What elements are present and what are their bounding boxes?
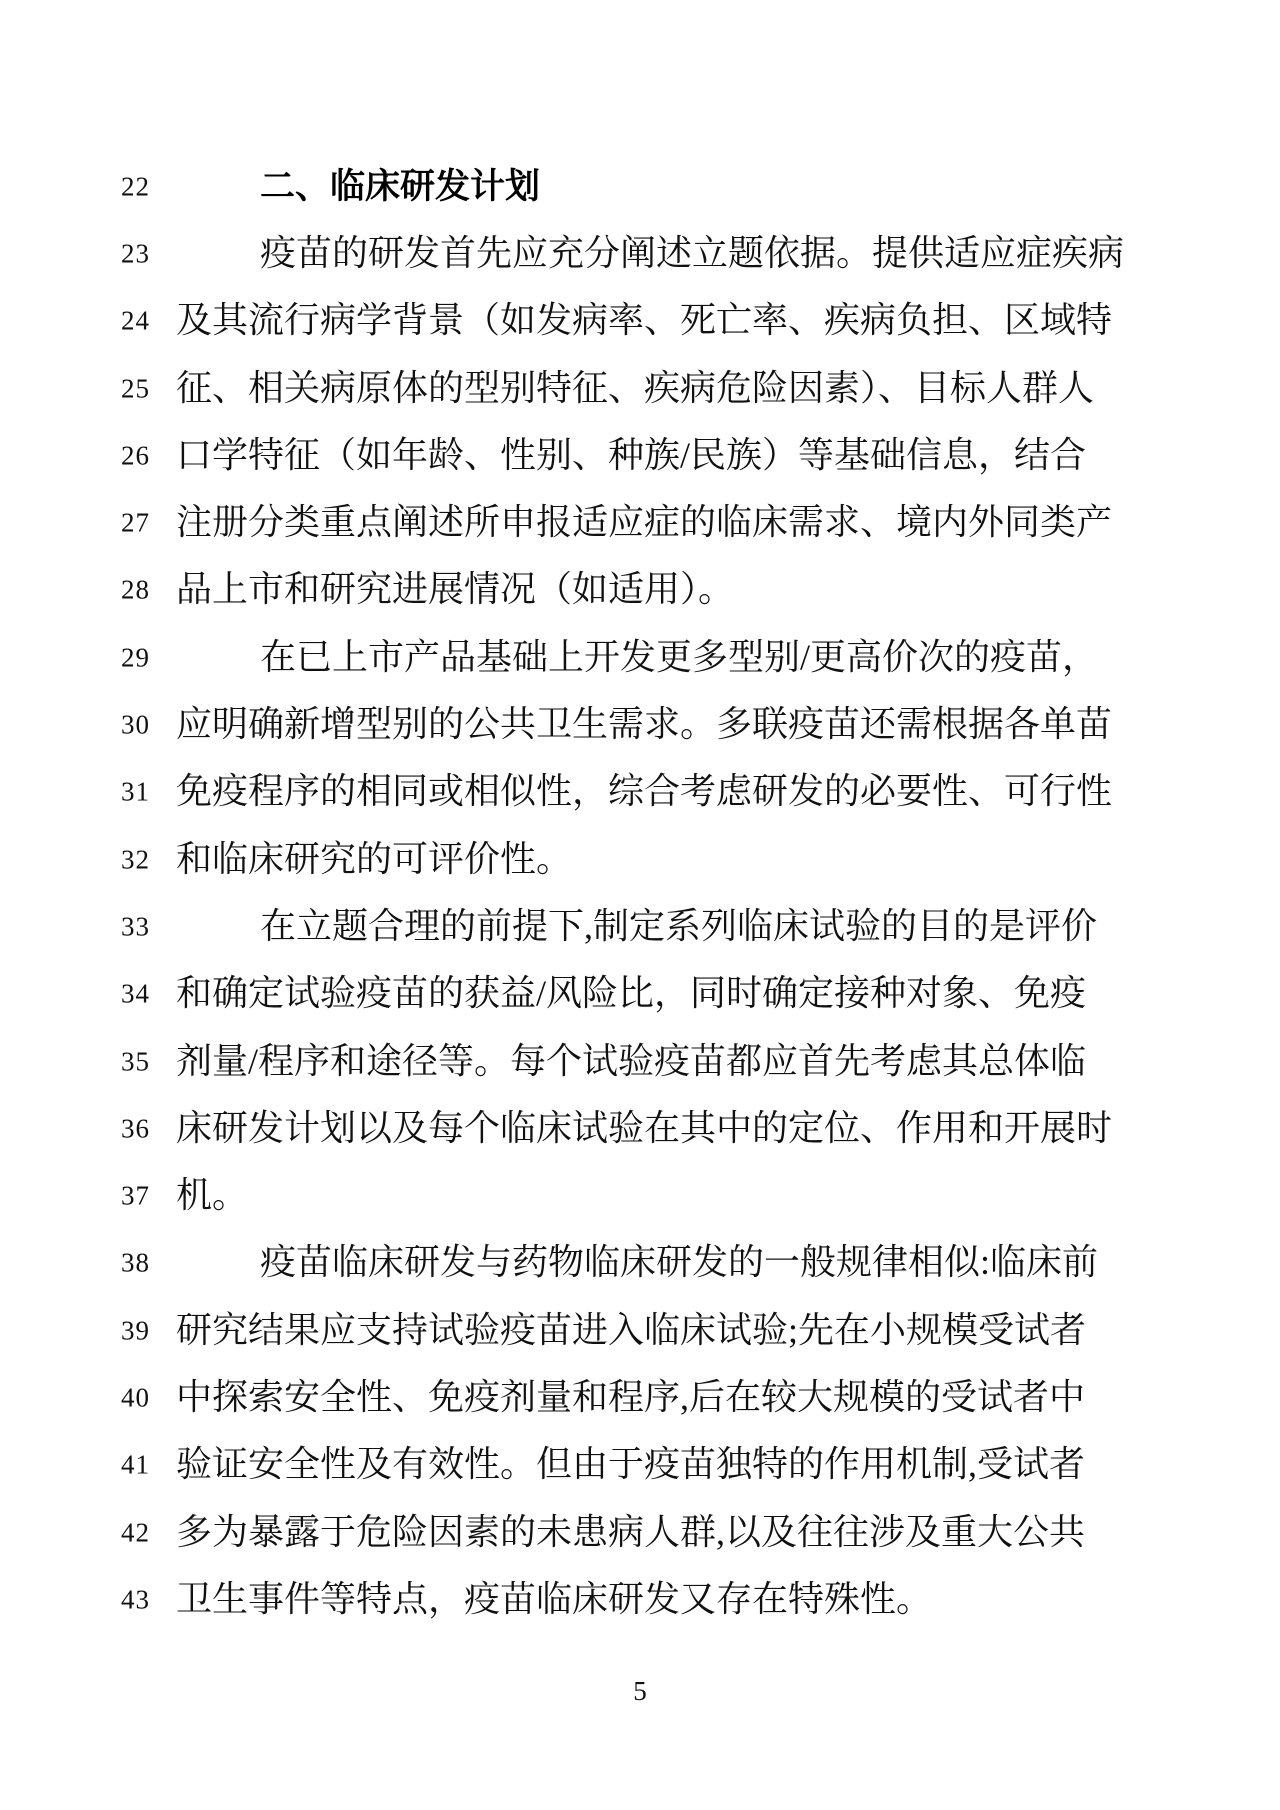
document-line: 41验证安全性及有效性。但由于疫苗独特的作用机制,受试者 xyxy=(0,1432,1280,1499)
line-text: 研究结果应支持试验疫苗进入临床试验;先在小规模受试者 xyxy=(176,1311,1072,1351)
document-line: 33在立题合理的前提下,制定系列临床试验的目的是评价 xyxy=(0,893,1280,960)
document-line: 26口学特征（如年龄、性别、种族/民族）等基础信息，结合 xyxy=(0,422,1280,489)
line-text: 征、相关病原体的型别特征、疾病危险因素）、目标人群人 xyxy=(176,369,1072,409)
line-number: 36 xyxy=(121,1113,150,1144)
line-text: 品上市和研究进展情况（如适用）。 xyxy=(176,571,1072,611)
line-text: 多为暴露于危险因素的未患病人群,以及往往涉及重大公共 xyxy=(176,1513,1072,1553)
line-text: 和临床研究的可评价性。 xyxy=(176,840,1072,880)
line-number: 34 xyxy=(121,979,150,1010)
line-text: 免疫程序的相同或相似性，综合考虑研发的必要性、可行性 xyxy=(176,773,1072,813)
line-text: 和确定试验疫苗的获益/风险比，同时确定接种对象、免疫 xyxy=(176,974,1072,1014)
line-number: 40 xyxy=(121,1382,150,1413)
line-number: 42 xyxy=(121,1517,150,1548)
line-text: 及其流行病学背景（如发病率、死亡率、疾病负担、区域特 xyxy=(176,301,1072,341)
line-text: 卫生事件等特点，疫苗临床研发又存在特殊性。 xyxy=(176,1580,1072,1620)
line-number: 29 xyxy=(121,642,150,673)
document-line: 43卫生事件等特点，疫苗临床研发又存在特殊性。 xyxy=(0,1566,1280,1633)
line-number: 30 xyxy=(121,710,150,741)
line-number: 23 xyxy=(121,238,150,269)
document-line: 24及其流行病学背景（如发病率、死亡率、疾病负担、区域特 xyxy=(0,288,1280,355)
document-line: 22二、临床研发计划 xyxy=(0,153,1280,220)
document-line: 25征、相关病原体的型别特征、疾病危险因素）、目标人群人 xyxy=(0,355,1280,422)
line-number: 28 xyxy=(121,575,150,606)
line-text: 床研发计划以及每个临床试验在其中的定位、作用和开展时 xyxy=(176,1109,1072,1149)
document-line: 32和临床研究的可评价性。 xyxy=(0,826,1280,893)
line-number: 31 xyxy=(121,777,150,808)
document-page: 22二、临床研发计划23疫苗的研发首先应充分阐述立题依据。提供适应症疾病24及其… xyxy=(0,0,1280,1810)
section-heading: 二、临床研发计划 xyxy=(176,167,1072,206)
document-line: 40中探索安全性、免疫剂量和程序,后在较大规模的受试者中 xyxy=(0,1364,1280,1431)
line-text: 在已上市产品基础上开发更多型别/更高价次的疫苗， xyxy=(176,638,1072,678)
line-text: 在立题合理的前提下,制定系列临床试验的目的是评价 xyxy=(176,907,1072,947)
document-line: 28品上市和研究进展情况（如适用）。 xyxy=(0,557,1280,624)
line-number: 25 xyxy=(121,373,150,404)
line-text: 机。 xyxy=(176,1176,1072,1216)
line-number: 41 xyxy=(121,1450,150,1481)
line-text: 剂量/程序和途径等。每个试验疫苗都应首先考虑其总体临 xyxy=(176,1042,1072,1082)
line-number: 43 xyxy=(121,1584,150,1615)
document-line: 34和确定试验疫苗的获益/风险比，同时确定接种对象、免疫 xyxy=(0,961,1280,1028)
line-number: 33 xyxy=(121,911,150,942)
line-text: 口学特征（如年龄、性别、种族/民族）等基础信息，结合 xyxy=(176,436,1072,476)
line-text: 疫苗临床研发与药物临床研发的一般规律相似:临床前 xyxy=(176,1244,1072,1284)
line-number: 26 xyxy=(121,440,150,471)
line-number: 22 xyxy=(121,171,150,202)
line-text: 疫苗的研发首先应充分阐述立题依据。提供适应症疾病 xyxy=(176,234,1072,274)
line-number: 32 xyxy=(121,844,150,875)
line-number: 38 xyxy=(121,1248,150,1279)
line-text: 中探索安全性、免疫剂量和程序,后在较大规模的受试者中 xyxy=(176,1378,1072,1418)
line-text: 验证安全性及有效性。但由于疫苗独特的作用机制,受试者 xyxy=(176,1445,1072,1485)
line-text: 应明确新增型别的公共卫生需求。多联疫苗还需根据各单苗 xyxy=(176,705,1072,745)
line-number: 37 xyxy=(121,1181,150,1212)
document-line: 31免疫程序的相同或相似性，综合考虑研发的必要性、可行性 xyxy=(0,759,1280,826)
document-line: 30应明确新增型别的公共卫生需求。多联疫苗还需根据各单苗 xyxy=(0,691,1280,758)
document-line: 38疫苗临床研发与药物临床研发的一般规律相似:临床前 xyxy=(0,1230,1280,1297)
document-lines: 22二、临床研发计划23疫苗的研发首先应充分阐述立题依据。提供适应症疾病24及其… xyxy=(0,153,1280,1634)
document-line: 35剂量/程序和途径等。每个试验疫苗都应首先考虑其总体临 xyxy=(0,1028,1280,1095)
document-line: 39研究结果应支持试验疫苗进入临床试验;先在小规模受试者 xyxy=(0,1297,1280,1364)
document-line: 42多为暴露于危险因素的未患病人群,以及往往涉及重大公共 xyxy=(0,1499,1280,1566)
document-line: 36床研发计划以及每个临床试验在其中的定位、作用和开展时 xyxy=(0,1095,1280,1162)
document-line: 29在已上市产品基础上开发更多型别/更高价次的疫苗， xyxy=(0,624,1280,691)
line-number: 39 xyxy=(121,1315,150,1346)
document-line: 27注册分类重点阐述所申报适应症的临床需求、境内外同类产 xyxy=(0,489,1280,556)
line-number: 35 xyxy=(121,1046,150,1077)
document-line: 37机。 xyxy=(0,1162,1280,1229)
line-number: 27 xyxy=(121,508,150,539)
document-line: 23疫苗的研发首先应充分阐述立题依据。提供适应症疾病 xyxy=(0,220,1280,287)
line-number: 24 xyxy=(121,306,150,337)
page-number: 5 xyxy=(0,1676,1280,1707)
line-text: 注册分类重点阐述所申报适应症的临床需求、境内外同类产 xyxy=(176,503,1072,543)
